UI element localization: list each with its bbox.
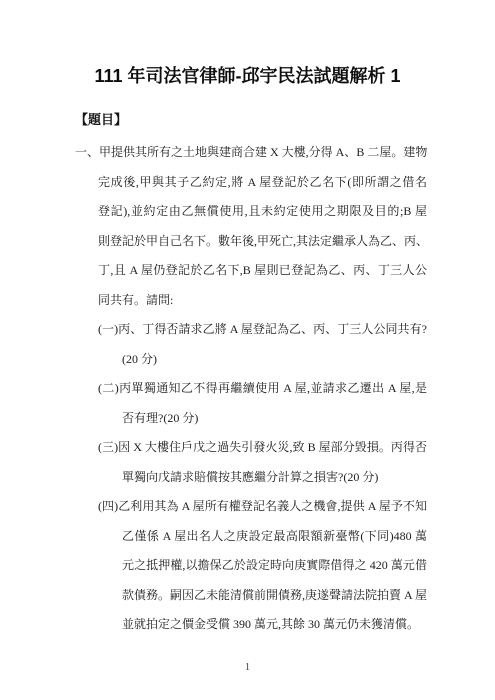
question-line-9: (二)丙單獨通知乙不得再繼續使用 A 屋,並請求乙遷出 A 屋,是 xyxy=(75,374,427,404)
document-page: 111 年司法官律師-邱宇民法試題解析 1 【題目】 一、甲提供其所有之土地與建… xyxy=(0,0,495,700)
question-line-13: (四)乙利用其為 A 屋所有權登記名義人之機會,提供 A 屋予不知 xyxy=(75,492,427,522)
question-line-15: 元之抵押權,以擔保乙於設定時向庚實際借得之 420 萬元借 xyxy=(75,551,427,581)
question-line-8: (20 分) xyxy=(75,345,427,375)
question-line-7: (一)丙、丁得否請求乙將 A 屋登記為乙、丙、丁三人公同共有? xyxy=(75,315,427,345)
question-line-6: 同共有。請問: xyxy=(75,286,427,316)
question-line-17: 並就拍定之價金受償 390 萬元,其餘 30 萬元仍未獲清償。 xyxy=(75,610,427,640)
question-line-14: 乙僅係 A 屋出名人之庚設定最高限額新臺幣(下同)480 萬 xyxy=(75,522,427,552)
page-number: 1 xyxy=(0,660,495,676)
question-line-2: 完成後,甲與其子乙約定,將 A 屋登記於乙名下(即所謂之借名 xyxy=(75,168,427,198)
section-label-topic: 【題目】 xyxy=(75,110,127,130)
question-line-5: 丁,且 A 屋仍登記於乙名下,B 屋則已登記為乙、丙、丁三人公 xyxy=(75,256,427,286)
question-line-11: (三)因 X 大樓住戶戊之過失引發火災,致 B 屋部分毀損。丙得否 xyxy=(75,433,427,463)
question-line-1: 一、甲提供其所有之土地與建商合建 X 大樓,分得 A、B 二屋。建物 xyxy=(75,138,427,168)
document-title: 111 年司法官律師-邱宇民法試題解析 1 xyxy=(0,63,495,89)
question-line-10: 否有理?(20 分) xyxy=(75,404,427,434)
question-line-16: 款債務。嗣因乙未能清償前開債務,庚遂聲請法院拍賣 A 屋, xyxy=(75,581,427,611)
question-line-3: 登記),並約定由乙無償使用,且未約定使用之期限及目的;B 屋 xyxy=(75,197,427,227)
question-line-12: 單獨向戊請求賠償按其應繼分計算之損害?(20 分) xyxy=(75,463,427,493)
question-line-4: 則登記於甲自己名下。數年後,甲死亡,其法定繼承人為乙、丙、 xyxy=(75,227,427,257)
question-body: 一、甲提供其所有之土地與建商合建 X 大樓,分得 A、B 二屋。建物完成後,甲與… xyxy=(75,138,427,640)
